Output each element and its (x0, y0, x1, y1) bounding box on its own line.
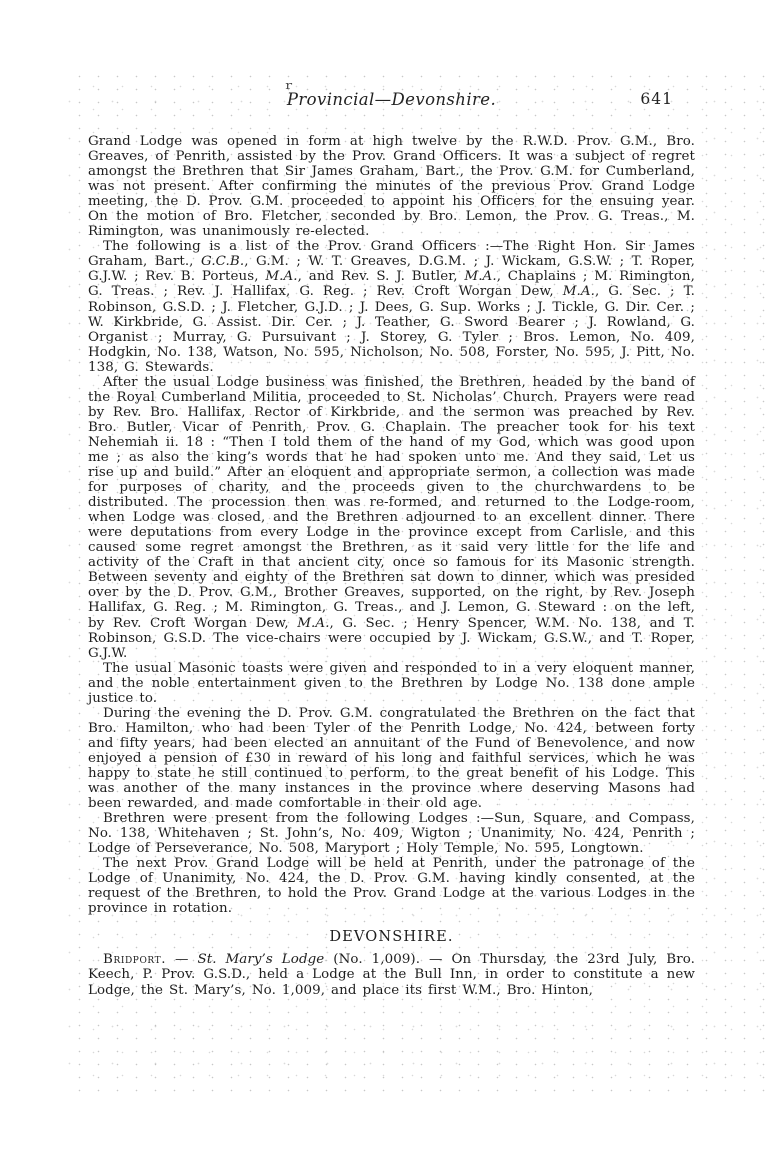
running-title: Provincial—Devonshire. (88, 90, 695, 109)
text-run: The usual Masonic toasts were given and … (88, 661, 695, 706)
text-run: The next Prov. Grand Lodge will be held … (88, 856, 695, 916)
paragraph: Bridport. — St. Mary’s Lodge (No. 1,009)… (88, 952, 695, 997)
text-run: G.C.B. (201, 254, 244, 269)
article-body: Grand Lodge was opened in form at high t… (88, 134, 695, 998)
text-run: After the usual Lodge business was finis… (88, 375, 695, 631)
scanned-page: r Provincial—Devonshire. 641 Grand Lodge… (0, 0, 783, 1165)
page-content: r Provincial—Devonshire. 641 Grand Lodge… (88, 90, 695, 998)
text-run: — (166, 952, 197, 967)
text-run: M.A. (265, 269, 297, 284)
section-heading: DEVONSHIRE. (88, 928, 695, 945)
text-run: , and Rev. S. J. Butler, (298, 269, 465, 284)
paragraph: Brethren were present from the following… (88, 811, 695, 856)
text-run: M.A. (464, 269, 496, 284)
text-run: Bridport. (103, 952, 166, 967)
text-run: M.A. (297, 616, 329, 631)
text-run: St. Mary’s Lodge (197, 952, 324, 967)
page-number: 641 (640, 90, 673, 108)
text-run: Brethren were present from the following… (88, 811, 695, 856)
text-run: M.A. (563, 284, 595, 299)
paragraph: The next Prov. Grand Lodge will be held … (88, 856, 695, 916)
text-run: During the evening the D. Prov. G.M. con… (88, 706, 695, 811)
page-header: r Provincial—Devonshire. 641 (88, 90, 695, 112)
paragraph: During the evening the D. Prov. G.M. con… (88, 706, 695, 811)
paragraph: The usual Masonic toasts were given and … (88, 661, 695, 706)
paragraph: After the usual Lodge business was finis… (88, 375, 695, 661)
paragraph: Grand Lodge was opened in form at high t… (88, 134, 695, 239)
text-run: Grand Lodge was opened in form at high t… (88, 134, 695, 239)
paragraph: The following is a list of the Prov. Gra… (88, 239, 695, 374)
